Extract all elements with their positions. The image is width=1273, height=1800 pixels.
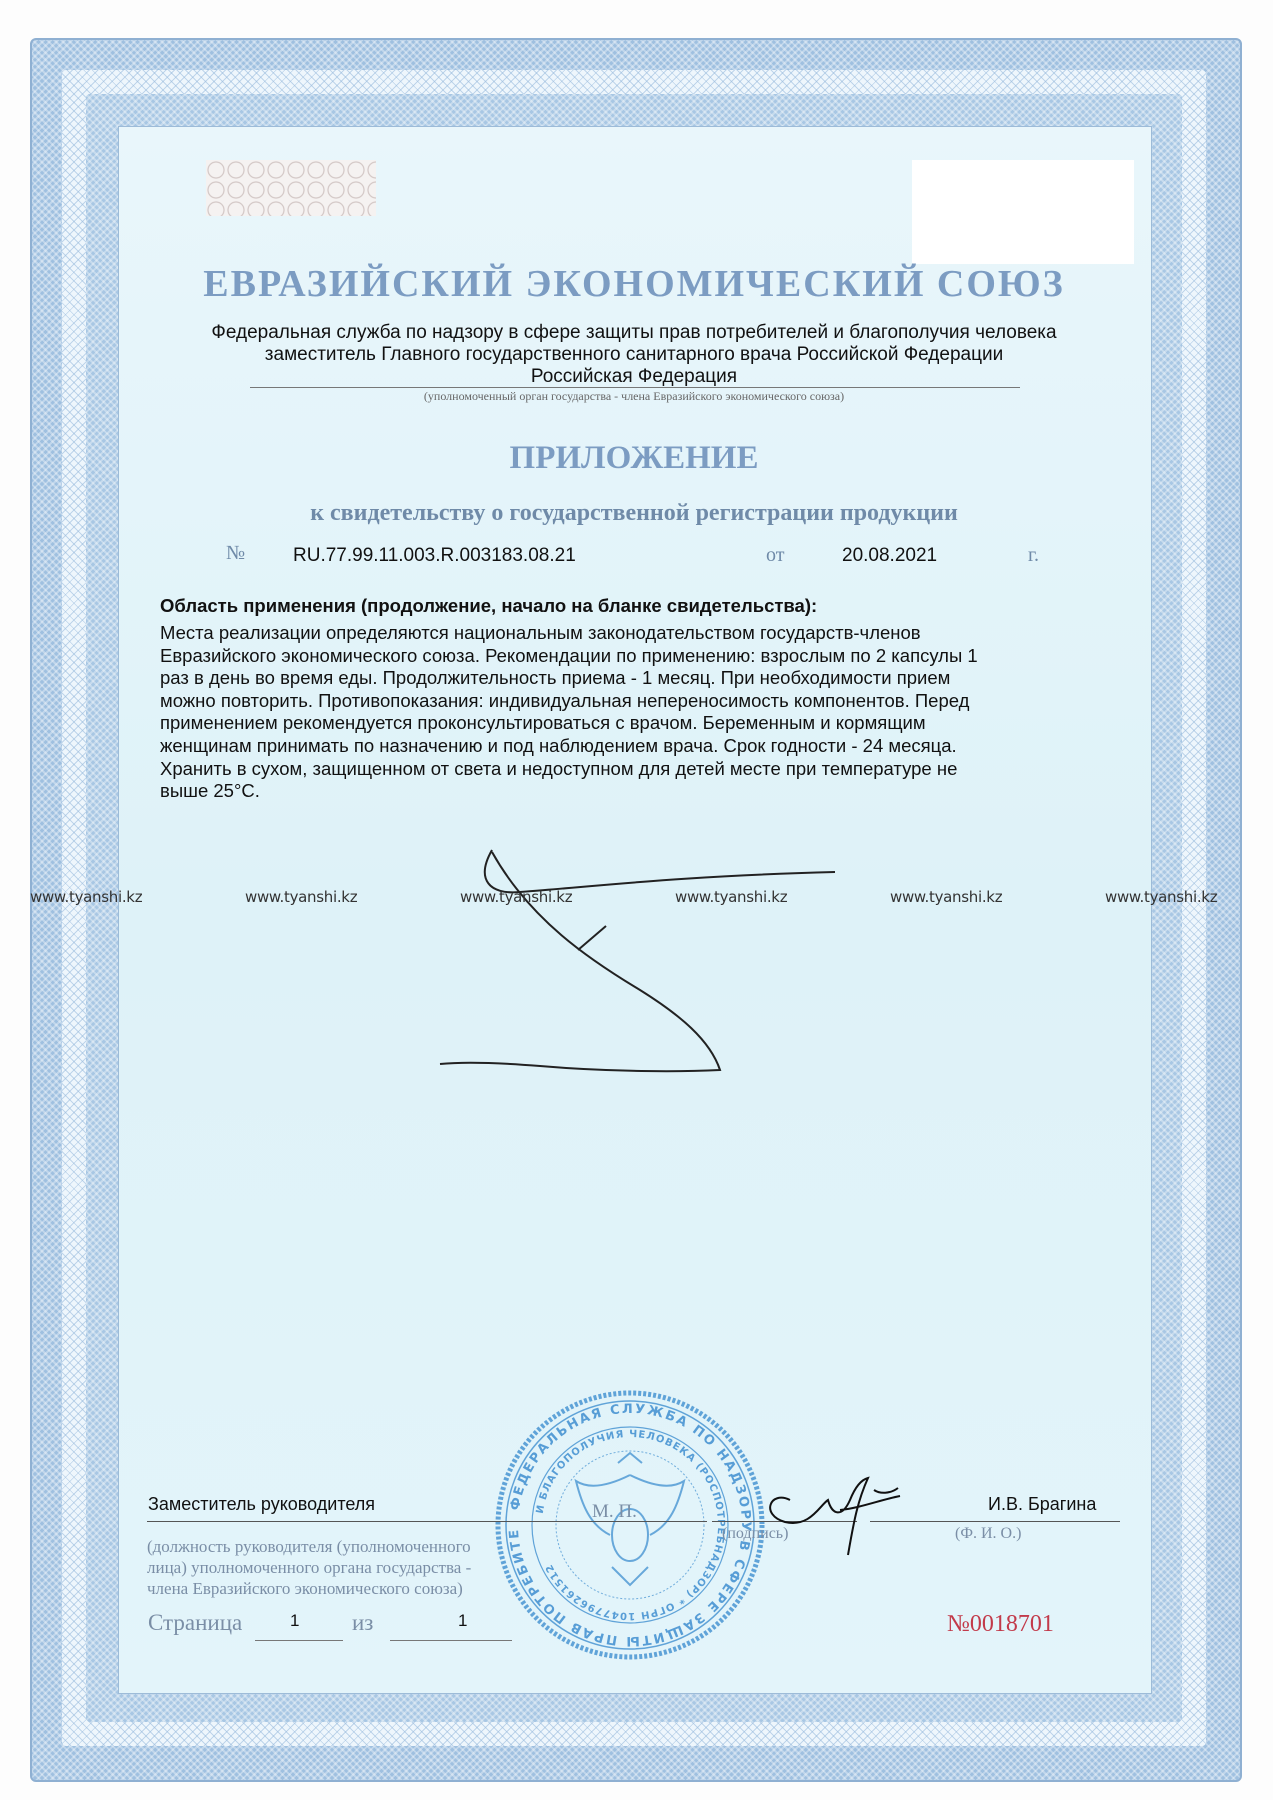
watermark-text: www.tyanshi.kz — [460, 888, 572, 906]
scope-line: Евразийского экономического союза. Реком… — [160, 645, 1120, 668]
agency-caption: (уполномоченный орган государства - член… — [118, 389, 1150, 404]
scope-line: выше 25°С. — [160, 780, 1120, 803]
page-underline — [255, 1640, 343, 1641]
scope-line: Хранить в сухом, защищенном от света и н… — [160, 758, 1120, 781]
watermark-text: www.tyanshi.kz — [890, 888, 1002, 906]
of-label: из — [352, 1610, 373, 1636]
number-label: № — [226, 542, 245, 565]
agency-line-1: Федеральная служба по надзору в сфере за… — [118, 322, 1150, 344]
watermark-text: www.tyanshi.kz — [1105, 888, 1217, 906]
registration-number: RU.77.99.11.003.R.003183.08.21 — [293, 545, 576, 567]
total-underline — [390, 1640, 512, 1641]
agency-line-3: Российская Федерация — [118, 366, 1150, 388]
redacted-patch — [912, 160, 1134, 264]
scope-line: женщинам принимать по назначению и под н… — [160, 735, 1120, 758]
handwritten-signature — [750, 1460, 920, 1570]
date-label: от — [766, 544, 784, 567]
scope-line: можно повторить. Противопоказания: индив… — [160, 690, 1120, 713]
form-serial-number: №0018701 — [947, 1611, 1054, 1638]
registration-date: 20.08.2021 — [842, 545, 937, 567]
watermark-text: www.tyanshi.kz — [30, 888, 142, 906]
year-suffix: г. — [1028, 544, 1039, 567]
stamp-place-label: М. П. — [592, 1501, 637, 1523]
scope-heading: Область применения (продолжение, начало … — [160, 595, 817, 617]
page-label: Страница — [148, 1610, 242, 1636]
page-total: 1 — [458, 1611, 467, 1631]
hologram-sticker — [206, 160, 376, 216]
agency-line-2: заместитель Главного государственного са… — [118, 344, 1150, 366]
watermark-text: www.tyanshi.kz — [675, 888, 787, 906]
appendix-title: ПРИЛОЖЕНИЕ — [118, 440, 1150, 477]
scope-line: раз в день во время еды. Продолжительнос… — [160, 667, 1120, 690]
name-caption: (Ф. И. О.) — [955, 1525, 1021, 1543]
page-number: 1 — [290, 1611, 299, 1631]
signatory-name: И.В. Брагина — [988, 1494, 1096, 1515]
appendix-subtitle: к свидетельству о государственной регист… — [118, 500, 1150, 527]
signatory-position: Заместитель руководителя — [148, 1494, 375, 1515]
union-title: ЕВРАЗИЙСКИЙ ЭКОНОМИЧЕСКИЙ СОЮЗ — [118, 262, 1150, 306]
position-caption: (должность руководителя (уполномоченного… — [147, 1536, 577, 1599]
scope-line: Места реализации определяются национальн… — [160, 622, 1120, 645]
agency-underline — [250, 387, 1020, 388]
watermark-text: www.tyanshi.kz — [245, 888, 357, 906]
issuing-agency: Федеральная служба по надзору в сфере за… — [118, 322, 1150, 388]
scope-text: Места реализации определяются национальн… — [160, 622, 1120, 803]
watermark-row: www.tyanshi.kz www.tyanshi.kz www.tyansh… — [0, 888, 1273, 912]
scope-line: применением рекомендуется проконсультиро… — [160, 712, 1120, 735]
handwritten-strike-mark — [380, 840, 850, 1100]
